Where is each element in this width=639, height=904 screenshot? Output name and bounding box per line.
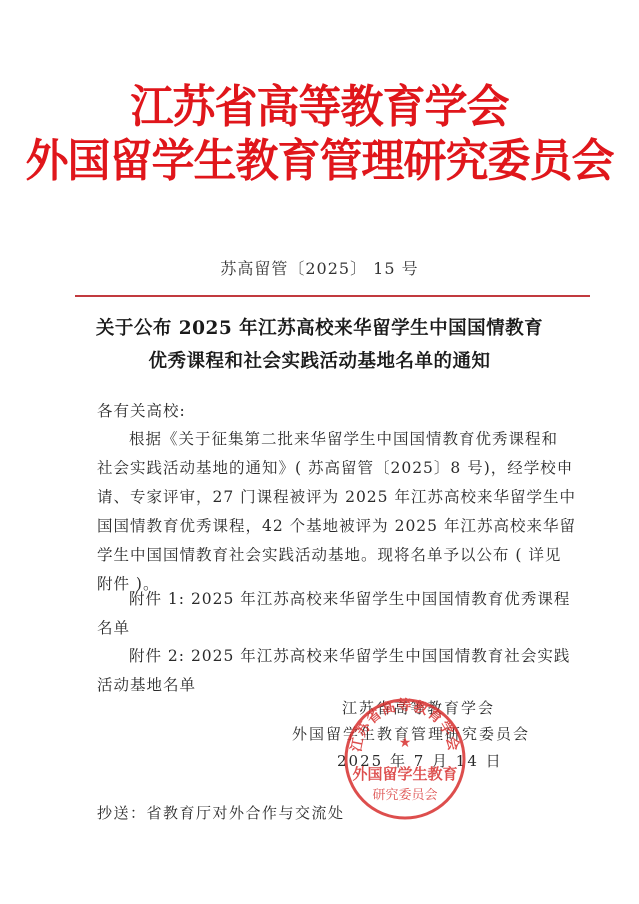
red-divider xyxy=(75,295,590,297)
paragraph-line: 请、专家评审，27 门课程被评为 2025 年江苏高校来华留学生中 xyxy=(97,484,547,511)
attachment-1-line-2: 名单 xyxy=(97,615,547,642)
attachment-1-line-1: 附件 1: 2025 年江苏高校来华留学生中国国情教育优秀课程 xyxy=(129,586,579,613)
attachment-2-line-2: 活动基地名单 xyxy=(97,672,547,699)
paragraph-line: 根据《关于征集第二批来华留学生中国国情教育优秀课程和 xyxy=(129,426,579,453)
letterhead-line-2: 外国留学生教育管理研究委员会 xyxy=(0,125,639,189)
document-number: 苏高留管〔2025〕 15 号 xyxy=(0,256,639,279)
seal-inner-line-2: 研究委员会 xyxy=(372,787,437,803)
paragraph-line: 国国情教育优秀课程，42 个基地被评为 2025 年江苏高校来华留 xyxy=(97,513,547,540)
attachment-2-line-1: 附件 2: 2025 年江苏高校来华留学生中国国情教育社会实践 xyxy=(129,643,579,670)
carbon-copy: 抄送：省教育厅对外合作与交流处 xyxy=(97,802,345,823)
paragraph-line: 社会实践活动基地的通知》( 苏高留管〔2025〕8 号)，经学校申 xyxy=(97,455,547,482)
official-seal: 江苏省高等教育学会 ★ 外国留学生教育 研究委员会 xyxy=(343,697,467,821)
svg-text:★: ★ xyxy=(399,735,412,751)
seal-inner-line-1: 外国留学生教育 xyxy=(352,765,457,783)
paragraph-line: 学生中国国情教育社会实践活动基地。现将名单予以公布 ( 详见 xyxy=(97,542,547,569)
salutation: 各有关高校: xyxy=(97,398,547,425)
document-title-line-2: 优秀课程和社会实践活动基地名单的通知 xyxy=(0,347,639,373)
document-title-line-1: 关于公布 2025 年江苏高校来华留学生中国国情教育 xyxy=(0,314,639,340)
